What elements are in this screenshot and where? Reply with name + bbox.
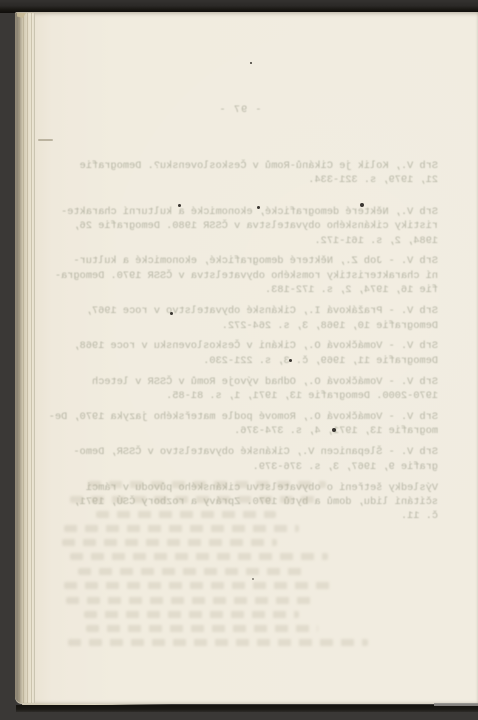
faint-ghost-line [64, 582, 332, 589]
faint-ghost-line [68, 639, 368, 646]
ghost-text-line: Srb V. - Pražáková I., Cikánské obyvatel… [42, 304, 438, 318]
ink-speck [252, 578, 254, 580]
ghost-text-line: 1970-2000. Demografie 13, 1971, 1, s. 81… [42, 389, 438, 403]
faint-ghost-line [78, 568, 303, 575]
bibliography-entry: Srb V. - Job Z., Některé demografické, e… [42, 254, 438, 297]
ghost-text-line: Srb V. - Vomáčková O., Romové podle mate… [42, 410, 438, 424]
ink-speck [178, 204, 181, 207]
faint-ghost-line [88, 481, 326, 488]
bibliography-entry: Srb V. - Vomáčková O., Odhad vývoje Romů… [42, 375, 438, 404]
ghost-text-line: Demografie 11, 1969, č. 3, s. 221-230. [42, 354, 438, 368]
book-photo-scene: - 97 - Srb V., Kolik je Cikánů-Romů v Če… [0, 0, 478, 720]
ghost-text-line: mografie 13, 1971, 4, s. 374-376. [42, 424, 438, 438]
bibliography-entry: Srb V. - Pražáková I., Cikánské obyvatel… [42, 304, 438, 333]
ghost-text-line: fie 16, 1974, 2, s. 172-183. [42, 283, 438, 297]
ghost-text-line: ristiky cikánského obyvatelstva v ČSSR 1… [42, 219, 438, 233]
ink-speck [170, 312, 173, 315]
ink-speck [250, 62, 252, 64]
ghost-text-line: Srb V. - Vomáčková O., Odhad vývoje Romů… [42, 375, 438, 389]
bibliography-entries: Srb V., Kolik je Cikánů-Romů v Českoslov… [42, 159, 438, 524]
ghost-text-line: Srb V. - Job Z., Některé demografické, e… [42, 254, 438, 268]
page-number: - 97 - [42, 103, 438, 117]
ghost-text-line: Srb V. - Šlepanicen V., Cikánské obyvate… [42, 445, 438, 459]
bibliography-entry: Srb V. - Šlepanicen V., Cikánské obyvate… [42, 445, 438, 474]
ink-speck [332, 428, 336, 432]
ghost-text-line: grafie 9, 1967, 3, s. 376-379. [42, 460, 438, 474]
page-edge-stack [15, 13, 35, 703]
faint-ghost-line [70, 496, 320, 503]
ghost-text-line: ní charakteristiky romského obyvatelstva… [42, 269, 438, 283]
ghost-text-line: Demografie 10, 1968, 3, s. 264-272. [42, 319, 438, 333]
ink-speck [289, 359, 292, 362]
ghost-text-line: Srb V. - Vomáčková O., Cikáni v Českoslo… [42, 339, 438, 353]
bottom-edge-highlight [434, 703, 478, 706]
faint-ghost-line [70, 553, 328, 560]
faint-ghost-line [86, 625, 318, 632]
faint-ghost-line [64, 525, 299, 532]
faint-ghost-line [66, 597, 314, 604]
bibliography-entry: Srb V. - Vomáčková O., Cikáni v Českoslo… [42, 339, 438, 368]
ghost-text-line: Srb V., Některé demografické, ekonomické… [42, 205, 438, 219]
bibliography-entry: Srb V., Některé demografické, ekonomické… [42, 205, 438, 248]
ghost-text-line: 21, 1979, s. 321-334. [42, 173, 438, 187]
ghost-text-line: 1984, 2, s. 161-172. [42, 234, 438, 248]
bottom-shadow [16, 705, 478, 712]
paper-scratch [38, 139, 53, 141]
faint-ghost-line [96, 511, 276, 518]
ink-speck [360, 203, 364, 207]
ink-speck [257, 206, 260, 209]
bibliography-entry: Srb V. - Vomáčková O., Romové podle mate… [42, 410, 438, 439]
faint-ghost-line [84, 611, 299, 618]
ghost-text-line: Srb V., Kolik je Cikánů-Romů v Českoslov… [42, 159, 438, 173]
faint-ghost-line [62, 539, 277, 546]
bibliography-entry: Srb V., Kolik je Cikánů-Romů v Českoslov… [42, 159, 438, 188]
